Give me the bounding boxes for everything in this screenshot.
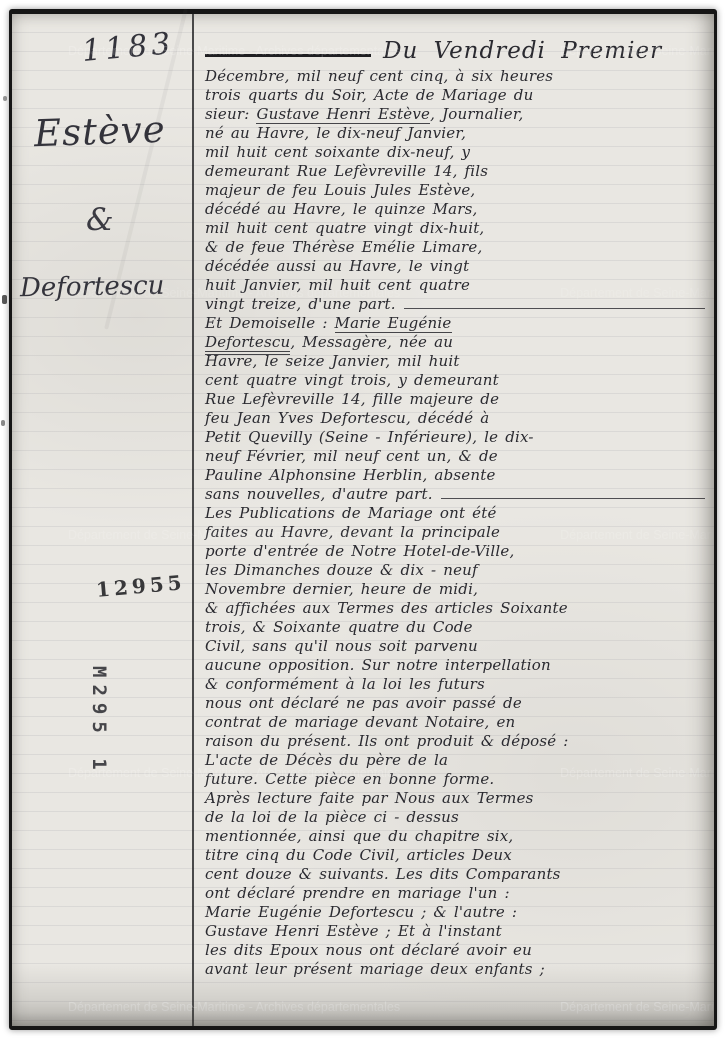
manuscript-line: Gustave Henri Estève ; Et à l'instant	[205, 922, 713, 941]
manuscript-line: Et Demoiselle : Marie Eugénie	[205, 314, 713, 333]
manuscript-segment: nous ont déclaré ne pas avoir passé de	[205, 694, 522, 712]
manuscript-line: mil huit cent soixante dix-neuf, y	[205, 143, 713, 162]
manuscript-segment: mil huit cent quatre vingt dix-huit,	[205, 219, 484, 237]
manuscript-line: mentionnée, ainsi que du chapitre six,	[205, 827, 713, 846]
manuscript-line: Havre, le seize Janvier, mil huit	[205, 352, 713, 371]
scan-speck	[1, 420, 5, 426]
scanned-register-page: 1183 Estève & Defortescu 12955 M295 1 Du…	[0, 0, 726, 1040]
manuscript-segment: Du Vendredi Premier	[383, 38, 662, 64]
margin-divider-line	[192, 14, 194, 1026]
manuscript-segment: , Messagère, née au	[290, 333, 453, 351]
manuscript-line: les dits Epoux nous ont déclaré avoir eu	[205, 941, 713, 960]
manuscript-line: & affichées aux Termes des articles Soix…	[205, 599, 713, 618]
manuscript-segment: Marie Eugénie Defortescu ; & l'autre :	[205, 903, 517, 921]
manuscript-segment: Pauline Alphonsine Herblin, absente	[205, 466, 496, 484]
manuscript-segment: majeur de feu Louis Jules Estève,	[205, 181, 475, 199]
manuscript-segment: raison du présent. Ils ont produit & dép…	[205, 732, 569, 750]
manuscript-segment: Havre, le seize Janvier, mil huit	[205, 352, 460, 370]
manuscript-line: raison du présent. Ils ont produit & dép…	[205, 732, 713, 751]
manuscript-segment: & conformément à la loi les futurs	[205, 675, 485, 693]
manuscript-segment: cent douze & suivants. Les dits Comparan…	[205, 865, 561, 883]
manuscript-segment: L'acte de Décès du père de la	[205, 751, 448, 769]
watermark-text: Département de Seine-Maritime - Archives…	[560, 1000, 714, 1017]
manuscript-segment: Marie Eugénie	[335, 314, 452, 333]
opening-rule	[205, 54, 371, 57]
manuscript-segment: les dits Epoux nous ont déclaré avoir eu	[205, 941, 532, 959]
manuscript-line: ont déclaré prendre en mariage l'un :	[205, 884, 713, 903]
manuscript-segment: Gustave Henri Estève ; Et à l'instant	[205, 922, 502, 940]
manuscript-line: décédé au Havre, le quinze Mars,	[205, 200, 713, 219]
manuscript-line: trois quarts du Soir, Acte de Mariage du	[205, 86, 713, 105]
manuscript-segment: sans nouvelles, d'autre part.	[205, 485, 433, 503]
manuscript-line: Defortescu, Messagère, née au	[205, 333, 713, 352]
manuscript-line: faites au Havre, devant la principale	[205, 523, 713, 542]
manuscript-segment: sieur:	[205, 105, 256, 123]
manuscript-segment: Et Demoiselle :	[205, 314, 335, 332]
manuscript-segment: porte d'entrée de Notre Hotel-de-Ville,	[205, 542, 514, 560]
margin-bride-name: Defortescu	[20, 271, 165, 304]
manuscript-segment: Après lecture faite par Nous aux Termes	[205, 789, 534, 807]
manuscript-segment: contrat de mariage devant Notaire, en	[205, 713, 515, 731]
manuscript-line: & de feue Thérèse Emélie Limare,	[205, 238, 713, 257]
manuscript-segment: mil huit cent soixante dix-neuf, y	[205, 143, 470, 161]
manuscript-segment: future. Cette pièce en bonne forme.	[205, 770, 494, 788]
manuscript-segment: Novembre dernier, heure de midi,	[205, 580, 478, 598]
margin-ampersand: &	[86, 202, 114, 238]
manuscript-segment: huit Janvier, mil huit cent quatre	[205, 276, 470, 294]
manuscript-segment: Les Publications de Mariage ont été	[205, 504, 497, 522]
manuscript-segment: faites au Havre, devant la principale	[205, 523, 500, 541]
manuscript-segment: , Journalier,	[430, 105, 523, 123]
manuscript-segment: de la loi de la pièce ci - dessus	[205, 808, 459, 826]
manuscript-line: Rue Lefèvreville 14, fille majeure de	[205, 390, 713, 409]
manuscript-segment: décédée aussi au Havre, le vingt	[205, 257, 469, 275]
manuscript-line: mil huit cent quatre vingt dix-huit,	[205, 219, 713, 238]
margin-groom-name: Estève	[33, 108, 166, 156]
manuscript-line: nous ont déclaré ne pas avoir passé de	[205, 694, 713, 713]
manuscript-line: vingt treize, d'une part.	[205, 295, 713, 314]
manuscript-segment: cent quatre vingt trois, y demeurant	[205, 371, 499, 389]
manuscript-line: aucune opposition. Sur notre interpellat…	[205, 656, 713, 675]
manuscript-segment: avant leur présent mariage deux enfants …	[205, 960, 545, 978]
manuscript-line: Pauline Alphonsine Herblin, absente	[205, 466, 713, 485]
manuscript-line: cent quatre vingt trois, y demeurant	[205, 371, 713, 390]
manuscript-segment: Civil, sans qu'il nous soit parvenu	[205, 637, 478, 655]
filler-rule	[441, 498, 705, 499]
manuscript-segment: trois quarts du Soir, Acte de Mariage du	[205, 86, 533, 104]
manuscript-line: Du Vendredi Premier	[205, 38, 713, 67]
scan-speck	[2, 295, 7, 304]
manuscript-segment: décédé au Havre, le quinze Mars,	[205, 200, 478, 218]
manuscript-line: sieur: Gustave Henri Estève, Journalier,	[205, 105, 713, 124]
manuscript-line: Après lecture faite par Nous aux Termes	[205, 789, 713, 808]
manuscript-segment: Petit Quevilly (Seine - Inférieure), le …	[205, 428, 534, 446]
manuscript-segment: né au Havre, le dix-neuf Janvier,	[205, 124, 466, 142]
manuscript-segment: trois, & Soixante quatre du Code	[205, 618, 473, 636]
manuscript-line: trois, & Soixante quatre du Code	[205, 618, 713, 637]
manuscript-line: majeur de feu Louis Jules Estève,	[205, 181, 713, 200]
manuscript-line: & conformément à la loi les futurs	[205, 675, 713, 694]
manuscript-text: Du Vendredi PremierDécembre, mil neuf ce…	[205, 38, 713, 979]
manuscript-segment: aucune opposition. Sur notre interpellat…	[205, 656, 551, 674]
manuscript-line: titre cinq du Code Civil, articles Deux	[205, 846, 713, 865]
filler-rule	[404, 308, 705, 309]
manuscript-segment: titre cinq du Code Civil, articles Deux	[205, 846, 512, 864]
watermark-row: Département de Seine-Maritime - Archives…	[12, 1000, 714, 1017]
manuscript-line: Civil, sans qu'il nous soit parvenu	[205, 637, 713, 656]
manuscript-line: Les Publications de Mariage ont été	[205, 504, 713, 523]
manuscript-line: sans nouvelles, d'autre part.	[205, 485, 713, 504]
manuscript-segment: les Dimanches douze & dix - neuf	[205, 561, 478, 579]
manuscript-line: future. Cette pièce en bonne forme.	[205, 770, 713, 789]
manuscript-line: L'acte de Décès du père de la	[205, 751, 713, 770]
manuscript-line: Novembre dernier, heure de midi,	[205, 580, 713, 599]
manuscript-line: avant leur présent mariage deux enfants …	[205, 960, 713, 979]
manuscript-segment: Décembre, mil neuf cent cinq, à six heur…	[205, 67, 553, 85]
manuscript-line: les Dimanches douze & dix - neuf	[205, 561, 713, 580]
manuscript-segment: demeurant Rue Lefèvreville 14, fils	[205, 162, 488, 180]
manuscript-line: contrat de mariage devant Notaire, en	[205, 713, 713, 732]
manuscript-line: feu Jean Yves Defortescu, décédé à	[205, 409, 713, 428]
microfilm-reference-stamp: M295 1	[88, 666, 110, 777]
manuscript-line: huit Janvier, mil huit cent quatre	[205, 276, 713, 295]
manuscript-line: neuf Février, mil neuf cent un, & de	[205, 447, 713, 466]
scan-speck	[3, 96, 7, 101]
manuscript-line: cent douze & suivants. Les dits Comparan…	[205, 865, 713, 884]
manuscript-segment: & de feue Thérèse Emélie Limare,	[205, 238, 482, 256]
manuscript-line: né au Havre, le dix-neuf Janvier,	[205, 124, 713, 143]
manuscript-line: décédée aussi au Havre, le vingt	[205, 257, 713, 276]
register-paper: 1183 Estève & Defortescu 12955 M295 1 Du…	[9, 9, 717, 1030]
act-number: 1183	[81, 26, 176, 69]
manuscript-segment: Gustave Henri Estève	[256, 105, 430, 124]
manuscript-line: demeurant Rue Lefèvreville 14, fils	[205, 162, 713, 181]
manuscript-segment: Rue Lefèvreville 14, fille majeure de	[205, 390, 499, 408]
registry-number-stamp: 12955	[95, 570, 186, 602]
manuscript-segment: mentionnée, ainsi que du chapitre six,	[205, 827, 513, 845]
manuscript-line: Décembre, mil neuf cent cinq, à six heur…	[205, 67, 713, 86]
manuscript-line: Marie Eugénie Defortescu ; & l'autre :	[205, 903, 713, 922]
manuscript-line: de la loi de la pièce ci - dessus	[205, 808, 713, 827]
manuscript-segment: ont déclaré prendre en mariage l'un :	[205, 884, 510, 902]
manuscript-segment: neuf Février, mil neuf cent un, & de	[205, 447, 498, 465]
manuscript-line: porte d'entrée de Notre Hotel-de-Ville,	[205, 542, 713, 561]
manuscript-segment: & affichées aux Termes des articles Soix…	[205, 599, 568, 617]
manuscript-segment: vingt treize, d'une part.	[205, 295, 396, 313]
manuscript-segment: feu Jean Yves Defortescu, décédé à	[205, 409, 489, 427]
manuscript-line: Petit Quevilly (Seine - Inférieure), le …	[205, 428, 713, 447]
watermark-text: Département de Seine-Maritime - Archives…	[68, 1000, 400, 1017]
